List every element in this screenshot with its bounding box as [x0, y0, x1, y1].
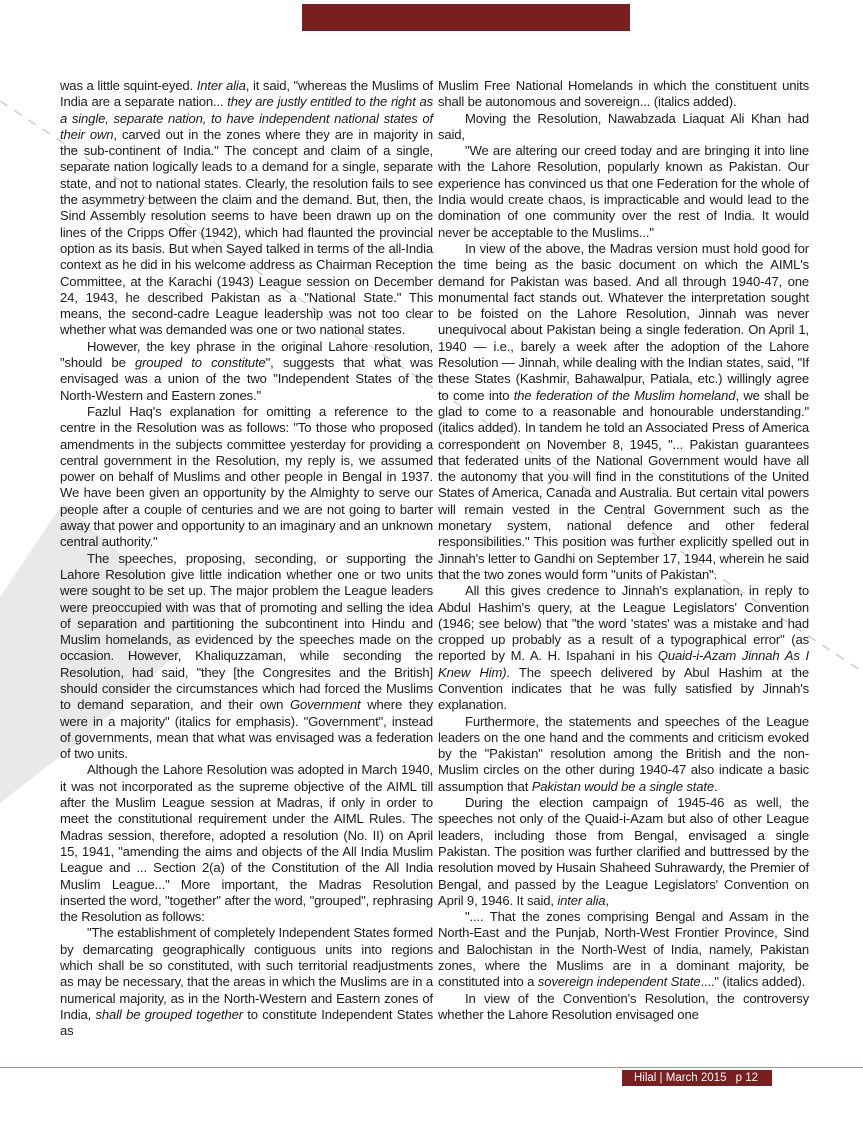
italic-text-segment: grouped to constitute	[135, 355, 266, 370]
paragraph: All this gives credence to Jinnah's expl…	[438, 583, 809, 713]
footer-page-number: p 12	[736, 1072, 758, 1084]
paragraph: Furthermore, the statements and speeches…	[438, 714, 809, 795]
article-column-left: was a little squint-eyed. Inter alia, it…	[60, 78, 433, 1040]
paragraph: During the election campaign of 1945-46 …	[438, 795, 809, 909]
text-segment: Fazlul Haq's explanation for omitting a …	[60, 404, 433, 549]
italic-text-segment: inter alia	[557, 893, 605, 908]
paragraph: Muslim Free National Homelands in which …	[438, 78, 809, 111]
text-segment: was a little squint-eyed.	[60, 78, 197, 93]
top-accent-bar	[302, 4, 630, 31]
text-segment: Although the Lahore Resolution was adopt…	[60, 762, 433, 924]
paragraph: Moving the Resolution, Nawabzada Liaquat…	[438, 111, 809, 144]
italic-text-segment: Inter alia	[197, 78, 246, 93]
footer-journal-label: Hilal | March 2015	[634, 1072, 726, 1084]
text-segment: .	[714, 779, 718, 794]
italic-text-segment: shall be grouped together	[96, 1007, 243, 1022]
paragraph: "We are altering our creed today and are…	[438, 143, 809, 241]
footer-rule	[0, 1067, 863, 1068]
paragraph: "The establishment of completely Indepen…	[60, 925, 433, 1039]
paragraph: ".... That the zones comprising Bengal a…	[438, 909, 809, 990]
paragraph: The speeches, proposing, seconding, or s…	[60, 551, 433, 763]
text-segment: ,	[605, 893, 609, 908]
footer-bar: Hilal | March 2015 p 12	[622, 1070, 772, 1086]
paragraph: In view of the above, the Madras version…	[438, 241, 809, 583]
text-segment: ...." (italics added).	[700, 974, 805, 989]
paragraph: Although the Lahore Resolution was adopt…	[60, 762, 433, 925]
text-segment: In view of the above, the Madras version…	[438, 241, 809, 403]
text-segment: , we shall be glad to come to a reasonab…	[438, 388, 809, 582]
text-segment: Muslim Free National Homelands in which …	[438, 78, 809, 109]
text-segment: In view of the Convention's Resolution, …	[438, 991, 809, 1022]
italic-text-segment: sovereign independent State	[538, 974, 701, 989]
italic-text-segment: Government	[290, 697, 361, 712]
paragraph: However, the key phrase in the original …	[60, 339, 433, 404]
paragraph: In view of the Convention's Resolution, …	[438, 991, 809, 1024]
italic-text-segment: the federation of the Muslim homeland	[514, 388, 736, 403]
text-segment: , carved out in the zones where they are…	[60, 127, 433, 338]
paragraph: was a little squint-eyed. Inter alia, it…	[60, 78, 433, 339]
text-segment: Moving the Resolution, Nawabzada Liaquat…	[438, 111, 809, 142]
text-segment: The speeches, proposing, seconding, or s…	[60, 551, 433, 713]
article-column-right: Muslim Free National Homelands in which …	[438, 78, 809, 1023]
italic-text-segment: Pakistan would be a single state	[532, 779, 714, 794]
page: was a little squint-eyed. Inter alia, it…	[0, 0, 863, 1125]
text-segment: "We are altering our creed today and are…	[438, 143, 809, 239]
paragraph: Fazlul Haq's explanation for omitting a …	[60, 404, 433, 551]
text-segment: During the election campaign of 1945-46 …	[438, 795, 809, 908]
